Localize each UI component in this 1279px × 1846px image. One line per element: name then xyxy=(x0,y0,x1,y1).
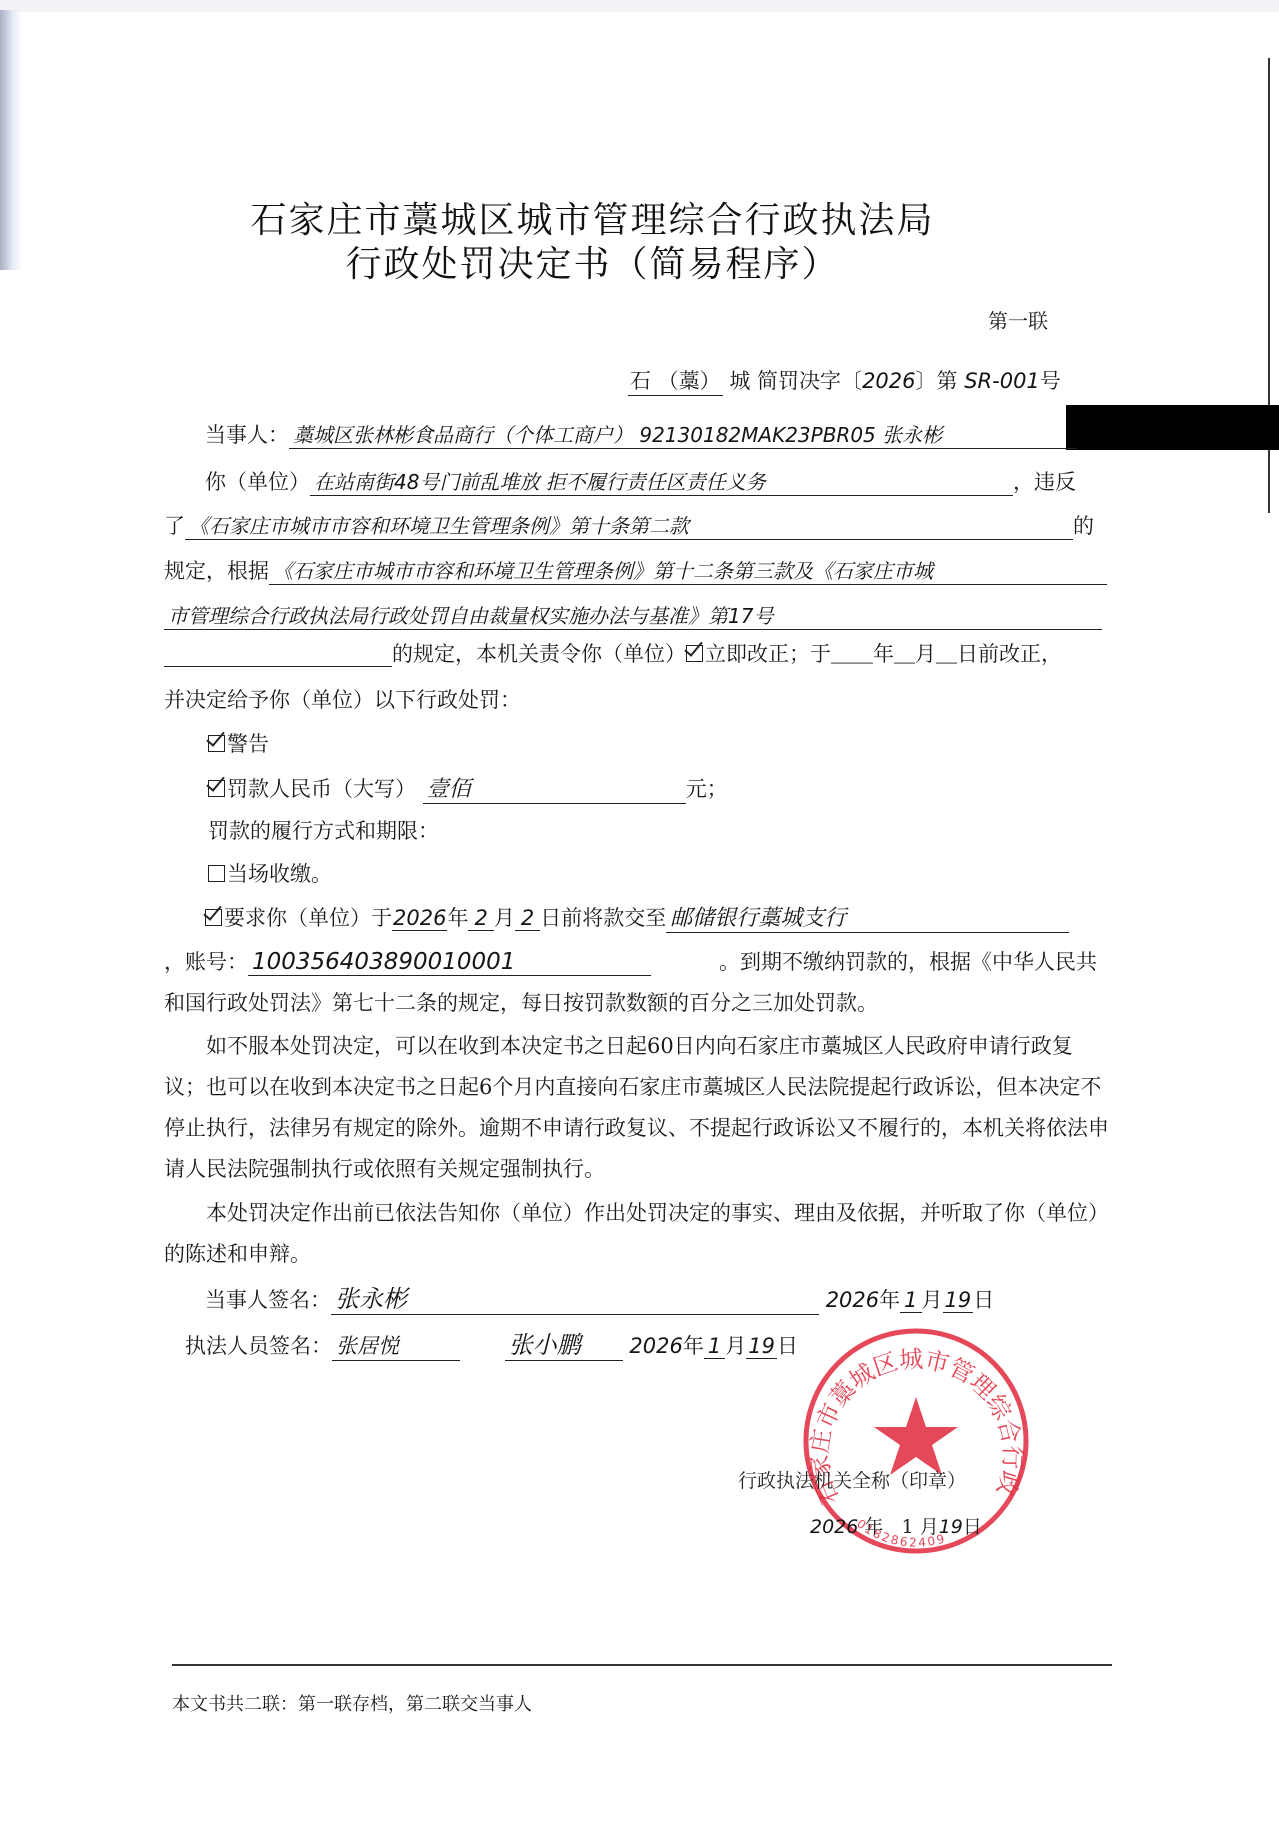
order-row: 的规定，本机关责令你（单位）立即改正；于＿＿年＿月＿日前改正， xyxy=(164,638,1062,668)
payment-bank: 邮储银行藁城支行 xyxy=(666,901,1069,933)
month-label: 月 xyxy=(922,1288,943,1312)
authority-month: 1 xyxy=(902,1516,914,1538)
doc-number-middle: 城 简罚决字〔 xyxy=(729,369,862,393)
appeal-paragraph: 如不服本处罚决定，可以在收到本决定书之日起60日内向石家庄市藁城区人民政府申请行… xyxy=(164,1026,1109,1190)
authority-day: 19 xyxy=(939,1516,963,1538)
party-signature-label: 当事人签名： xyxy=(205,1288,331,1312)
legal-basis-line2: 市管理综合行政执法局行政处罚自由裁量权实施办法与基准》第17号 xyxy=(164,600,1102,630)
document-title-line2: 行政处罚决定书（简易程序） xyxy=(0,236,1232,287)
doc-number-year: 2026 xyxy=(862,369,915,393)
doc-number-prefix: 石 （藁） xyxy=(628,365,723,396)
violated-regulation: 《石家庄市城市市容和环境卫生管理条例》第十条第二款 xyxy=(185,510,1073,540)
doc-prefix-b: （藁） xyxy=(658,369,721,393)
redaction-box xyxy=(1066,405,1279,450)
party-row: 当事人：藁城区张林彬食品商行（个体工商户） 92130182MAK23PBR05… xyxy=(205,419,1077,449)
day-label: 日 xyxy=(963,1516,982,1538)
violation-value: 在站南街48号门前乱堆放 拒不履行责任区责任义务 xyxy=(310,466,1013,496)
violation-tail: ，违反 xyxy=(1013,470,1076,494)
warning-option: 警告 xyxy=(208,728,269,758)
authority-label: 行政执法机关全称（印章） xyxy=(738,1466,966,1493)
year-label: 年 xyxy=(864,1516,883,1538)
year-label: 年 xyxy=(683,1334,704,1358)
regulation-tail: 的 xyxy=(1073,514,1094,538)
party-signature-row: 当事人签名：张永彬 2026年1月19日 xyxy=(205,1279,994,1315)
violation-label: 你（单位） xyxy=(205,470,310,494)
year-label: 年 xyxy=(447,906,468,930)
regulation-prefix: 了 xyxy=(164,514,185,538)
deadline-day: 2 xyxy=(515,906,540,931)
fine-option: 罚款人民币（大写） 壹佰元； xyxy=(208,772,728,804)
onsite-option: 当场收缴。 xyxy=(208,858,332,888)
fine-label: 罚款人民币（大写） xyxy=(227,777,416,801)
party-sign-year: 2026 xyxy=(826,1288,879,1312)
notice-paragraph: 本处罚决定作出前已依法告知你（单位）作出处罚决定的事实、理由及依据，并听取了你（… xyxy=(164,1193,1109,1275)
basis-prefix: 规定，根据 xyxy=(164,559,269,583)
page-top-band xyxy=(0,0,1279,12)
deadline-prefix: 要求你（单位）于 xyxy=(224,906,392,930)
copy-label: 第一联 xyxy=(988,305,1048,334)
order-text: 的规定，本机关责令你（单位） xyxy=(392,642,686,666)
party-label: 当事人： xyxy=(205,423,289,447)
doc-number-after-year: 〕第 xyxy=(916,369,958,393)
legal-basis-line1: 《石家庄市城市市容和环境卫生管理条例》第十二条第三款及《石家庄市城 xyxy=(269,555,1107,585)
fine-unit: 元； xyxy=(686,777,728,801)
month-label: 月 xyxy=(725,1334,746,1358)
officer1-signature: 张居悦 xyxy=(332,1330,460,1361)
doc-number-suffix: 号 xyxy=(1040,369,1061,393)
party-signature: 张永彬 xyxy=(331,1279,819,1315)
month-label: 月 xyxy=(920,1516,939,1538)
deadline-year: 2026 xyxy=(392,906,447,931)
order-blank xyxy=(164,642,392,667)
basis-row-2: 市管理综合行政执法局行政处罚自由裁量权实施办法与基准》第17号 xyxy=(164,600,1102,630)
officer-sign-year: 2026 xyxy=(629,1334,682,1358)
deadline-month: 2 xyxy=(468,906,493,931)
authority-date: 2026 年 1 月19日 xyxy=(810,1512,982,1539)
footer-divider xyxy=(172,1664,1112,1666)
decide-text: 并决定给予你（单位）以下行政处罚： xyxy=(164,684,521,714)
year-label: 年 xyxy=(879,1288,900,1312)
violation-row: 你（单位）在站南街48号门前乱堆放 拒不履行责任区责任义务，违反 xyxy=(205,466,1076,496)
onsite-checkbox[interactable] xyxy=(208,865,225,882)
doc-prefix-a: 石 xyxy=(630,369,651,393)
month-label: 月 xyxy=(494,906,515,930)
officer-signature-row: 执法人员签名：张居悦 张小鹏 2026年1月19日 xyxy=(185,1325,798,1361)
fine-amount: 壹佰 xyxy=(423,772,686,804)
officer-sign-month: 1 xyxy=(704,1334,725,1359)
basis-row-1: 规定，根据《石家庄市城市市容和环境卫生管理条例》第十二条第三款及《石家庄市城 xyxy=(164,555,1107,585)
doc-number-serial: SR-001 xyxy=(964,369,1040,393)
officer2-signature: 张小鹏 xyxy=(505,1325,623,1361)
onsite-label: 当场收缴。 xyxy=(227,862,332,886)
correct-now-checkbox[interactable] xyxy=(686,645,703,662)
seal-star-icon xyxy=(874,1397,958,1475)
deadline-suffix: 日前将款交至 xyxy=(540,906,666,930)
footer-note: 本文书共二联：第一联存档，第二联交当事人 xyxy=(172,1690,532,1716)
fine-checkbox[interactable] xyxy=(208,780,225,797)
correct-by-text: ；于＿＿年＿月＿日前改正， xyxy=(789,642,1062,666)
day-label: 日 xyxy=(973,1288,994,1312)
regulation-row: 了《石家庄市城市市容和环境卫生管理条例》第十条第二款的 xyxy=(164,510,1094,540)
warning-label: 警告 xyxy=(227,732,269,756)
day-label: 日 xyxy=(777,1334,798,1358)
correct-now-label: 立即改正 xyxy=(705,642,789,666)
authority-year: 2026 xyxy=(810,1516,858,1538)
warning-checkbox[interactable] xyxy=(208,735,225,752)
party-value: 藁城区张林彬食品商行（个体工商户） 92130182MAK23PBR05 张永彬 xyxy=(289,419,1077,449)
deadline-checkbox[interactable] xyxy=(205,909,222,926)
officer-signature-label: 执法人员签名： xyxy=(185,1334,332,1358)
party-sign-month: 1 xyxy=(900,1288,921,1313)
officer-sign-day: 19 xyxy=(746,1334,777,1359)
payment-heading: 罚款的履行方式和期限： xyxy=(208,815,439,845)
late-payment-text: 。到期不缴纳罚款的，根据《中华人民共和国行政处罚法》第七十二条的规定，每日按罚款… xyxy=(164,942,1114,1024)
deadline-option: 要求你（单位）于2026年2月2日前将款交至邮储银行藁城支行 xyxy=(205,901,1069,933)
party-sign-day: 19 xyxy=(943,1288,974,1313)
document-number: 石 （藁） 城 简罚决字〔2026〕第 SR-001号 xyxy=(628,365,1061,396)
